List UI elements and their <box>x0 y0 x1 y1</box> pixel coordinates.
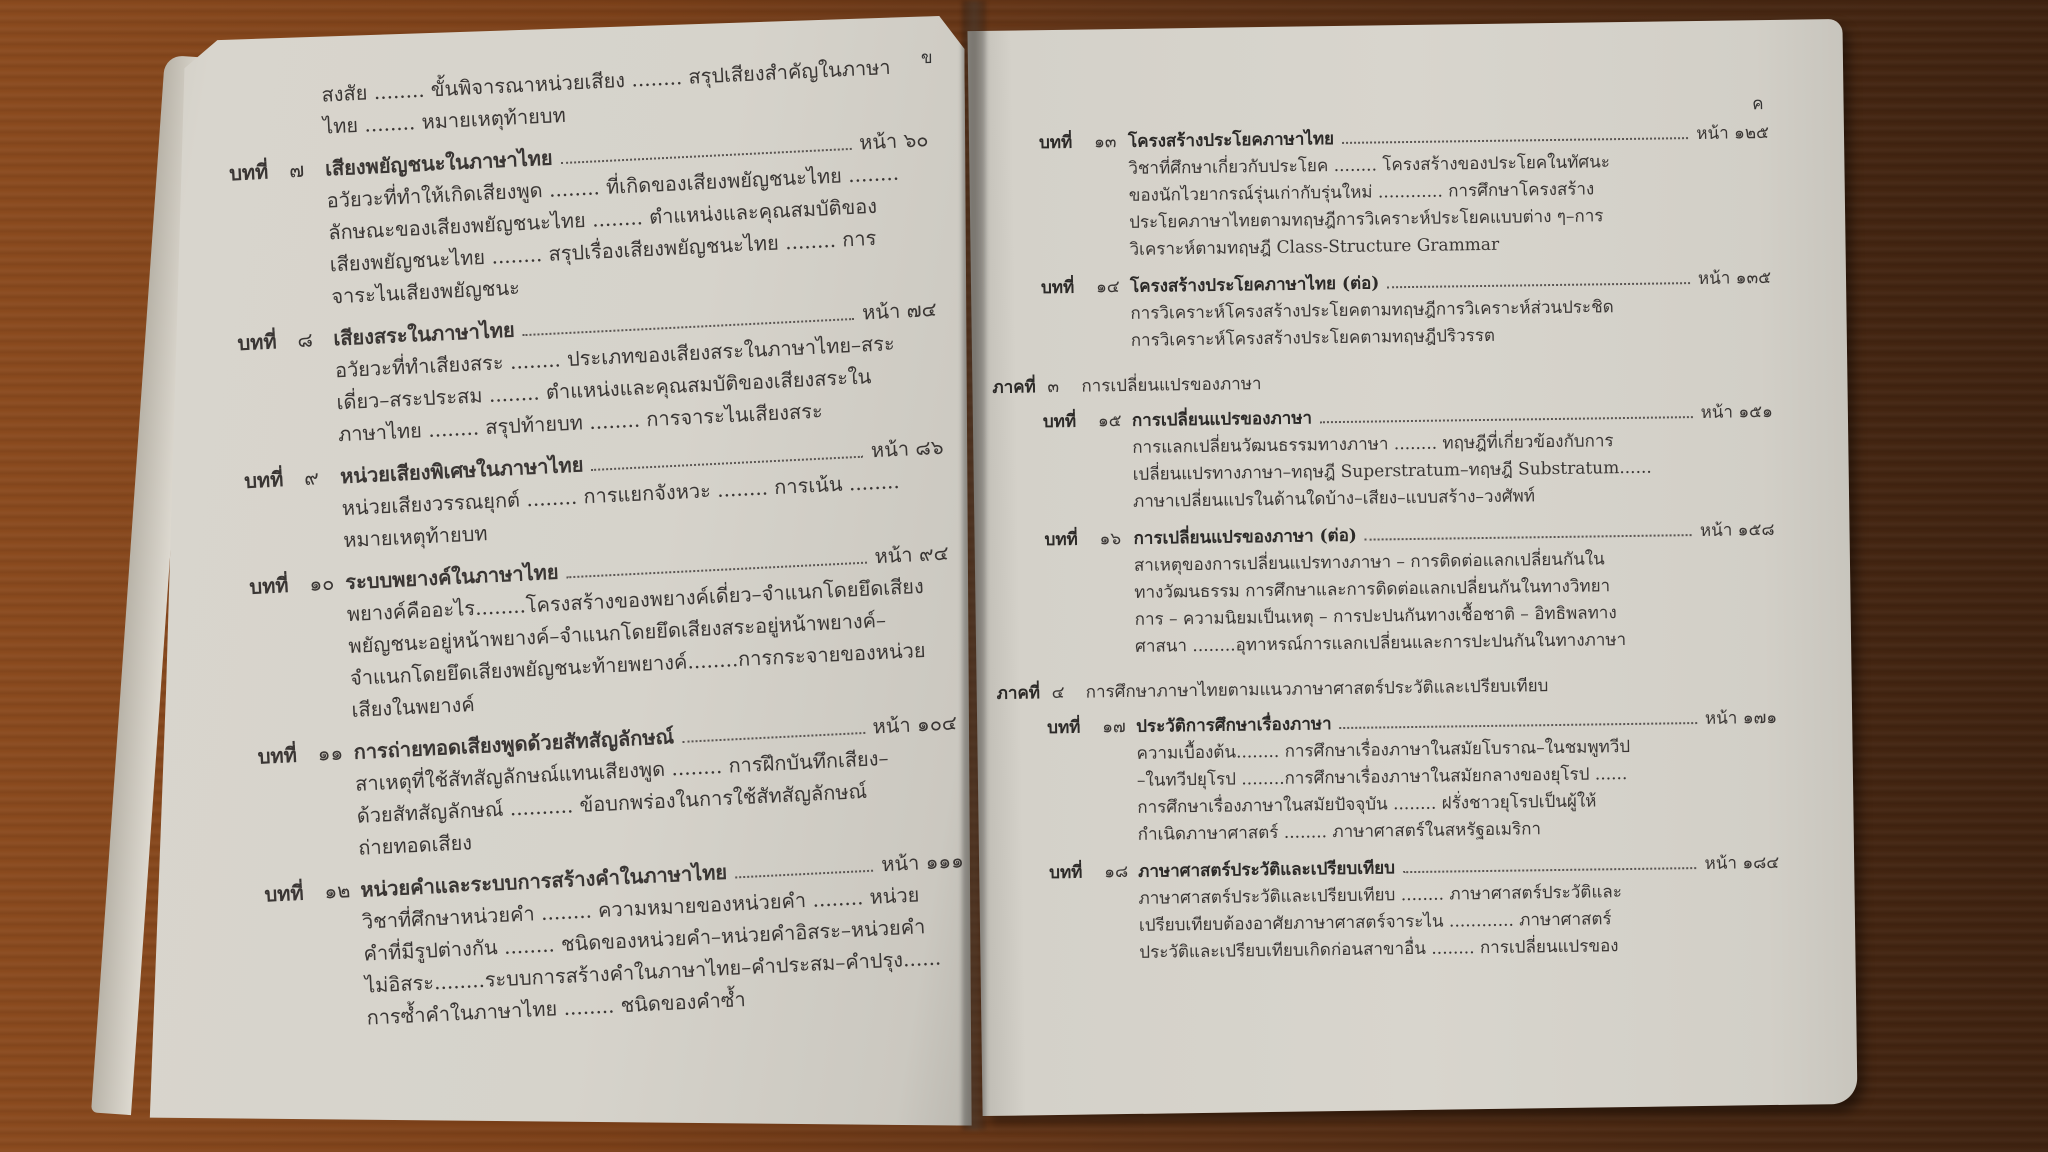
toc-part-4: ภาคที่ ๔ การศึกษาภาษาไทยตามแนวภาษาศาสตร์… <box>997 670 1777 708</box>
leader-dots <box>1403 867 1697 873</box>
page-reference: หน้า ๑๕๑ <box>1700 399 1773 427</box>
chapter-number: ๑๖ <box>1099 526 1133 553</box>
toc-entry-chapter-13: บทที่ ๑๓ โครงสร้างประโยคภาษาไทย หน้า ๑๒๕… <box>1039 120 1771 265</box>
page-reference: หน้า ๗๔ <box>861 293 937 329</box>
chapter-label: บทที่ <box>1039 129 1094 157</box>
chapter-title: ประวัติการศึกษาเรื่องภาษา <box>1136 711 1332 741</box>
leader-dots <box>1342 137 1688 144</box>
page-reference: หน้า ๑๒๕ <box>1696 120 1769 148</box>
right-page: ค บทที่ ๑๓ โครงสร้างประโยคภาษาไทย หน้า ๑… <box>967 19 1857 1116</box>
page-reference: หน้า ๖๐ <box>858 123 929 158</box>
chapter-label: บทที่ <box>1043 408 1098 436</box>
part-title: การเปลี่ยนแปรของภาษา <box>1081 371 1261 401</box>
leader-dots <box>735 870 873 879</box>
page-reference: หน้า ๑๓๕ <box>1698 265 1771 293</box>
chapter-label: บทที่ <box>1049 859 1104 887</box>
left-page: ข สงสัย ........ ขั้นพิจารณาหน่วยเสียง .… <box>134 16 976 1135</box>
leader-dots <box>682 732 865 743</box>
chapter-label: บทที่ <box>1041 274 1096 302</box>
chapter-label: บทที่ <box>243 462 304 497</box>
chapter-label: บทที่ <box>264 876 325 911</box>
leader-dots <box>1320 416 1693 423</box>
chapter-label: บทที่ <box>1044 526 1099 554</box>
chapter-number: ๑๐ <box>309 566 347 600</box>
toc-entry-chapter-7: บทที่ ๗ เสียงพยัญชนะในภาษาไทย หน้า ๖๐ อว… <box>228 123 935 317</box>
part-label: ภาคที่ <box>997 680 1052 708</box>
chapter-label: บทที่ <box>237 324 298 359</box>
page-reference: หน้า ๑๗๑ <box>1705 705 1778 733</box>
book-gutter <box>962 0 986 1130</box>
chapter-number: ๘ <box>297 322 335 356</box>
toc-entry-chapter-17: บทที่ ๑๗ ประวัติการศึกษาเรื่องภาษา หน้า … <box>1047 705 1779 850</box>
chapter-number: ๑๔ <box>1096 274 1130 301</box>
chapter-number: ๑๓ <box>1094 129 1128 156</box>
table-of-contents: บทที่ ๑๓ โครงสร้างประโยคภาษาไทย หน้า ๑๒๕… <box>1039 120 1781 978</box>
part-label: ภาคที่ <box>992 374 1047 402</box>
chapter-number: ๑๘ <box>1104 859 1138 886</box>
toc-entry-chapter-11: บทที่ ๑๑ การถ่ายทอดเสียงพูดด้วยสัทสัญลัก… <box>257 706 962 868</box>
page-reference: หน้า ๑๐๔ <box>872 706 958 742</box>
chapter-number: ๑๗ <box>1102 714 1136 741</box>
page-reference: หน้า ๑๕๘ <box>1700 517 1775 545</box>
toc-entry-chapter-8: บทที่ ๘ เสียงสระในภาษาไทย หน้า ๗๔ อวัยวะ… <box>237 293 942 455</box>
part-number: ๔ <box>1052 680 1086 707</box>
page-reference: หน้า ๑๘๔ <box>1704 850 1779 878</box>
chapter-title: โครงสร้างประโยคภาษาไทย <box>1128 126 1334 156</box>
toc-entry-chapter-14: บทที่ ๑๔ โครงสร้างประโยคภาษาไทย (ต่อ) หน… <box>1041 265 1772 356</box>
page-reference: หน้า ๘๖ <box>870 431 944 467</box>
chapter-number: ๑๑ <box>317 736 355 770</box>
page-reference: หน้า ๙๔ <box>874 537 950 573</box>
chapter-label: บทที่ <box>257 738 318 773</box>
toc-entry-chapter-10: บทที่ ๑๐ ระบบพยางค์ในภาษาไทย หน้า ๙๔ พยา… <box>249 537 956 731</box>
chapter-title: การเปลี่ยนแปรของภาษา (ต่อ) <box>1133 523 1357 553</box>
toc-part-3: ภาคที่ ๓ การเปลี่ยนแปรของภาษา <box>992 364 1772 402</box>
leader-dots <box>1365 534 1692 541</box>
chapter-title: โครงสร้างประโยคภาษาไทย (ต่อ) <box>1130 270 1380 300</box>
toc-entry-chapter-15: บทที่ ๑๕ การเปลี่ยนแปรของภาษา หน้า ๑๕๑ ก… <box>1043 399 1774 517</box>
page-reference: หน้า ๑๑๑ <box>880 844 964 880</box>
page-marker: ค <box>1752 90 1764 117</box>
chapter-label: บทที่ <box>249 568 310 603</box>
open-book: ข สงสัย ........ ขั้นพิจารณาหน่วยเสียง .… <box>0 0 2048 1152</box>
toc-entry-chapter-18: บทที่ ๑๘ ภาษาศาสตร์ประวัติและเปรียบเทียบ… <box>1049 850 1780 968</box>
part-number: ๓ <box>1047 374 1081 401</box>
leader-dots <box>1387 282 1690 288</box>
part-title: การศึกษาภาษาไทยตามแนวภาษาศาสตร์ประวัติแล… <box>1086 673 1549 706</box>
toc-entry-chapter-16: บทที่ ๑๖ การเปลี่ยนแปรของภาษา (ต่อ) หน้า… <box>1044 517 1776 662</box>
chapter-label: บทที่ <box>228 154 289 189</box>
chapter-label: บทที่ <box>1047 714 1102 742</box>
chapter-number: ๑๒ <box>324 874 362 908</box>
toc-entry-chapter-12: บทที่ ๑๒ หน่วยคำและระบบการสร้างคำในภาษาไ… <box>264 844 971 1038</box>
chapter-number: ๙ <box>303 460 341 494</box>
chapter-number: ๗ <box>288 153 326 187</box>
leader-dots <box>1340 722 1697 729</box>
table-of-contents: สงสัย ........ ขั้นพิจารณาหน่วยเสียง ...… <box>225 49 971 1048</box>
chapter-title: การเปลี่ยนแปรของภาษา <box>1132 405 1312 435</box>
chapter-number: ๑๕ <box>1098 408 1132 435</box>
chapter-title: ภาษาศาสตร์ประวัติและเปรียบเทียบ <box>1138 855 1395 886</box>
